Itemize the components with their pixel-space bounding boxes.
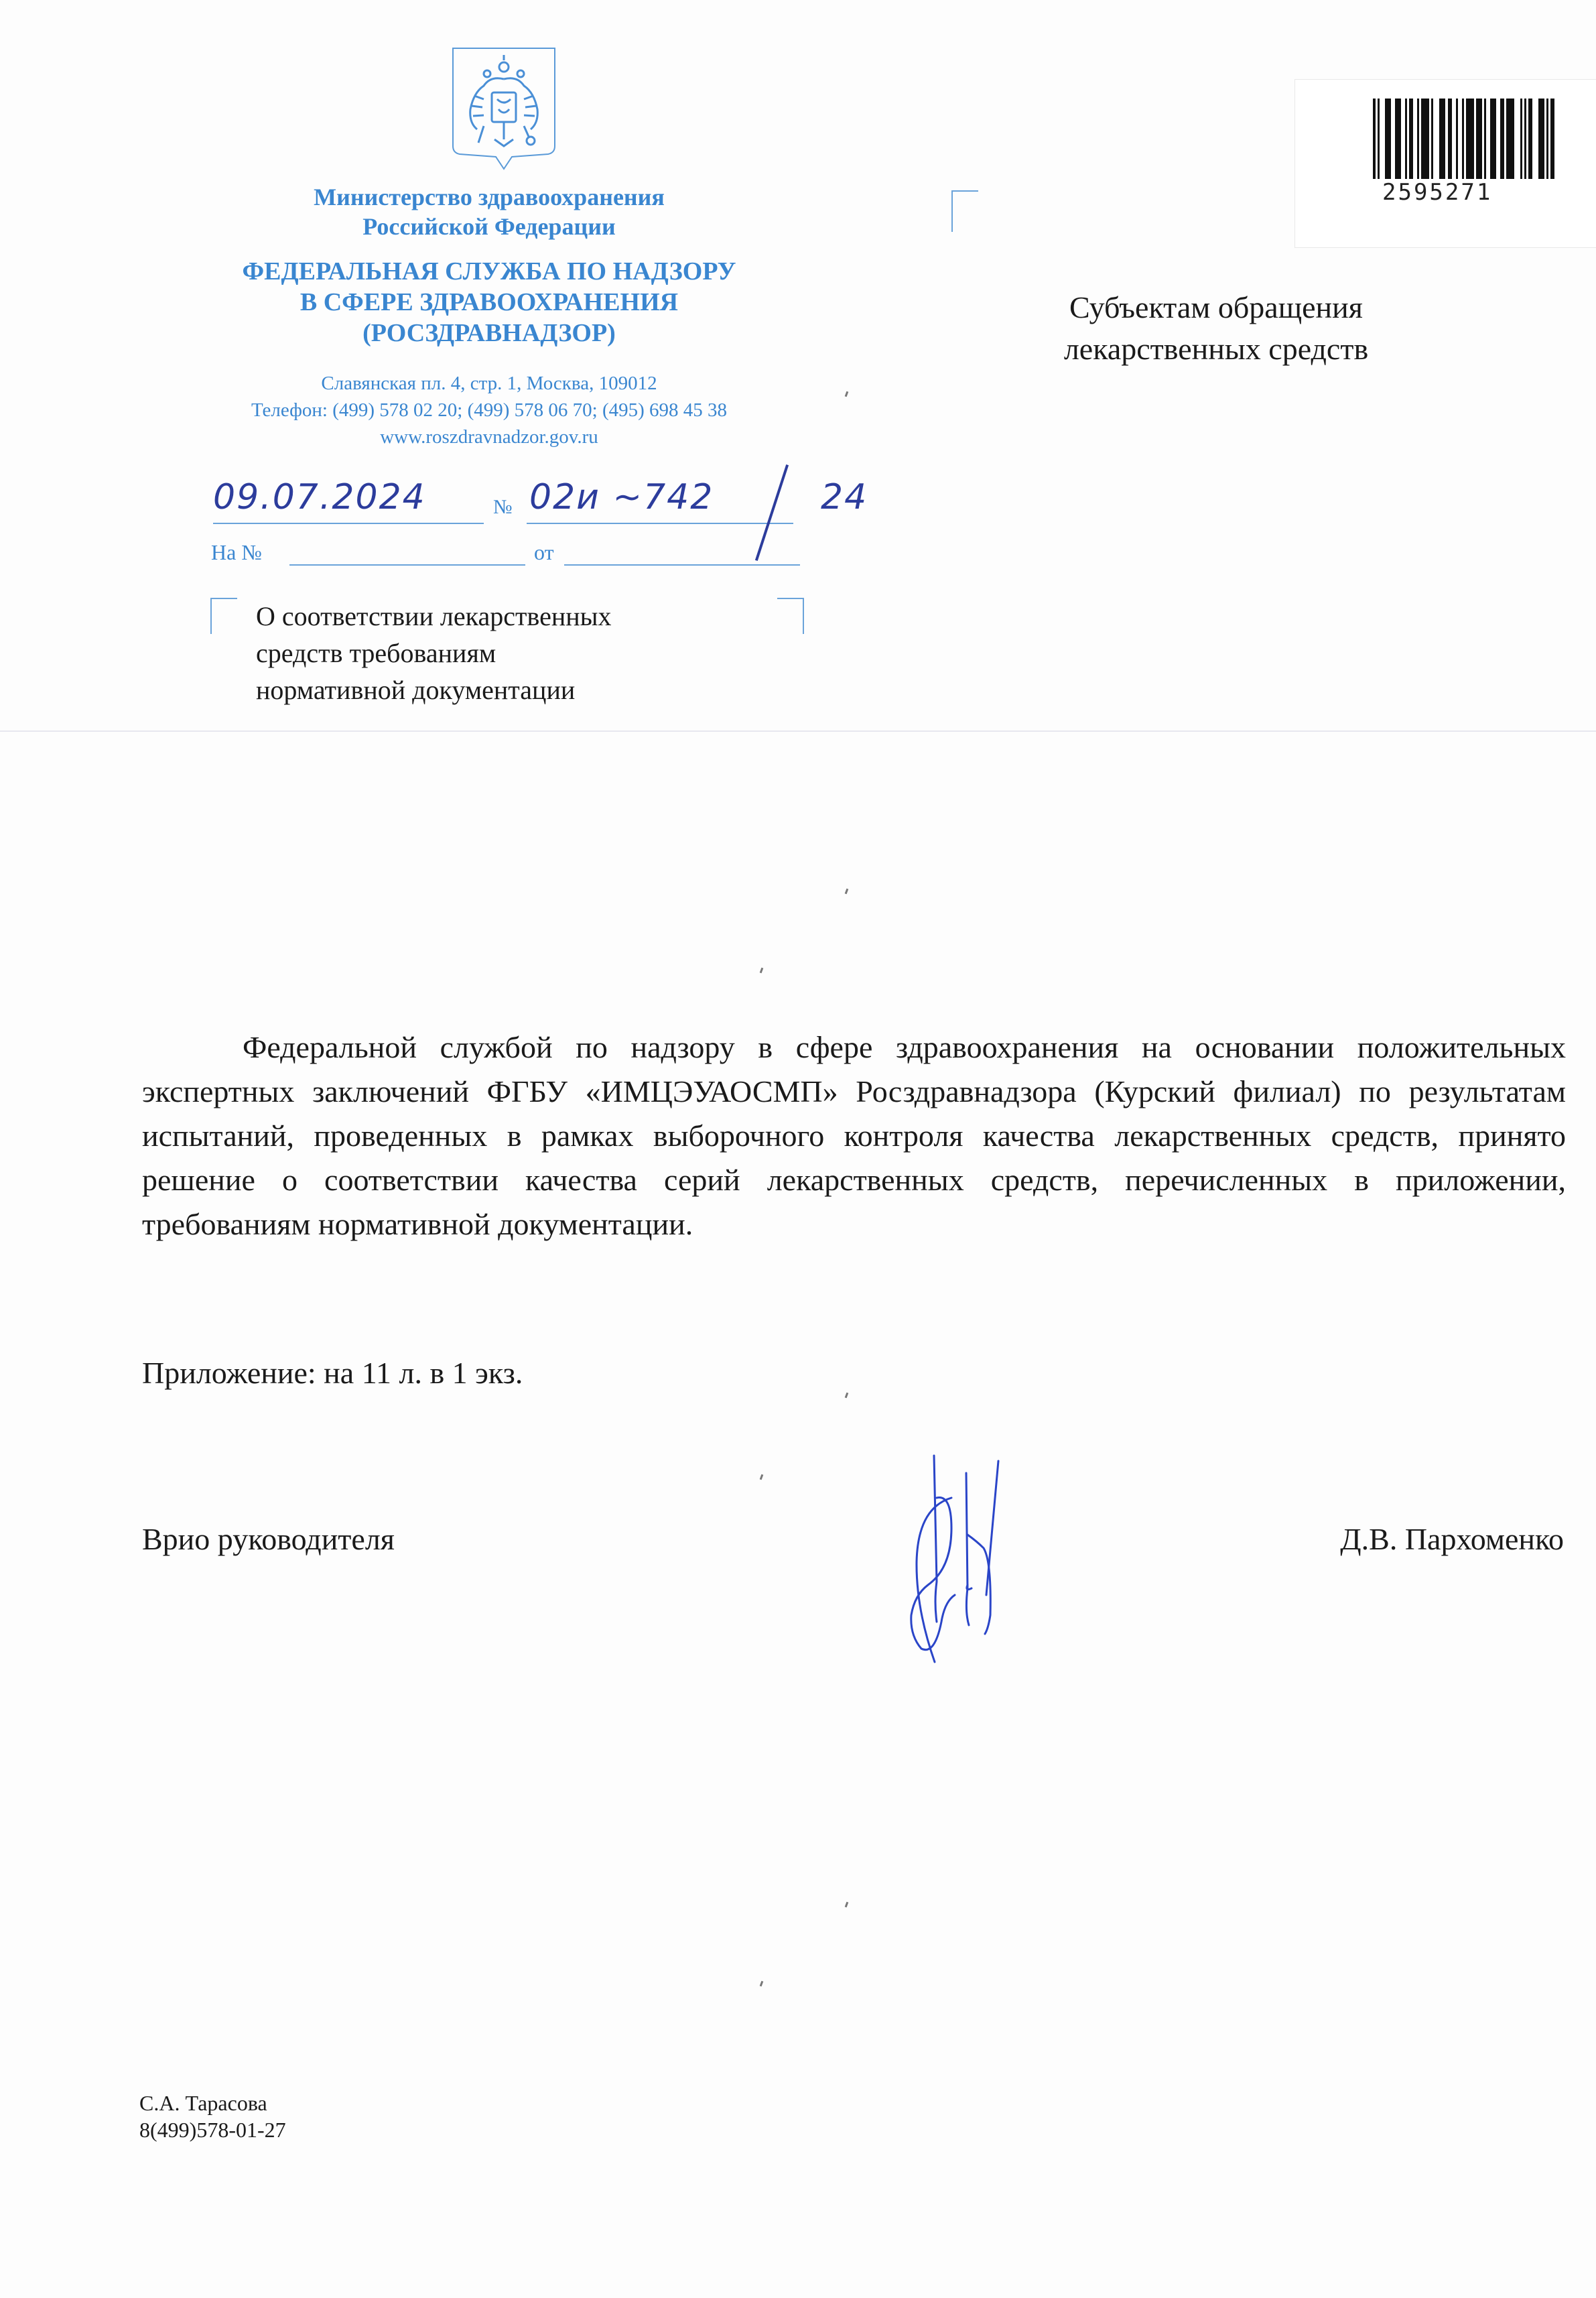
recipient: Субъектам обращения лекарственных средст… bbox=[1018, 287, 1414, 370]
registration-number: 02и ~742 bbox=[529, 477, 714, 517]
body-paragraph: Федеральной службой по надзору в сфере з… bbox=[142, 1025, 1566, 1247]
agency-contacts: Славянская пл. 4, стр. 1, Москва, 109012… bbox=[168, 370, 811, 450]
agency-phone: Телефон: (499) 578 02 20; (499) 578 06 7… bbox=[168, 397, 811, 424]
coat-of-arms-icon bbox=[450, 46, 557, 173]
ministry-line: Российской Федерации bbox=[201, 212, 777, 241]
signatory-role: Врио руководителя bbox=[142, 1521, 395, 1557]
subject-line: средств требованиям bbox=[256, 635, 612, 672]
barcode-number: 2595271 bbox=[1382, 179, 1492, 206]
executor-info: С.А. Тарасова 8(499)578-01-27 bbox=[139, 2090, 286, 2143]
fold-line bbox=[0, 730, 1596, 732]
recipient-corner bbox=[951, 190, 978, 232]
agency-address: Славянская пл. 4, стр. 1, Москва, 109012 bbox=[168, 370, 811, 397]
registration-date: 09.07.2024 bbox=[213, 477, 426, 517]
scan-speck bbox=[760, 1981, 764, 1987]
number-sign: № bbox=[493, 496, 513, 519]
scan-speck bbox=[845, 391, 849, 397]
subject-line: О соответствии лекарственных bbox=[256, 598, 612, 635]
recipient-line: Субъектам обращения bbox=[1018, 287, 1414, 328]
attachment-note: Приложение: на 11 л. в 1 экз. bbox=[142, 1355, 523, 1391]
scan-speck bbox=[845, 1902, 849, 1908]
recipient-line: лекарственных средств bbox=[1018, 328, 1414, 370]
subject-line: нормативной документации bbox=[256, 672, 612, 708]
agency-line: (РОСЗДРАВНАДЗОР) bbox=[168, 318, 811, 348]
scan-speck bbox=[845, 889, 849, 895]
in-reply-number-field[interactable] bbox=[289, 564, 525, 566]
handwritten-signature-icon bbox=[898, 1448, 1099, 1669]
barcode-icon bbox=[1373, 99, 1571, 179]
in-reply-label: На № bbox=[211, 540, 262, 565]
subject: О соответствии лекарственных средств тре… bbox=[256, 598, 612, 708]
agency-website: www.roszdravnadzor.gov.ru bbox=[168, 424, 811, 450]
barcode-label: 2595271 bbox=[1294, 79, 1596, 248]
agency-line: В СФЕРЕ ЗДРАВООХРАНЕНИЯ bbox=[168, 287, 811, 318]
executor-phone: 8(499)578-01-27 bbox=[139, 2116, 286, 2143]
scan-speck bbox=[760, 1474, 764, 1480]
subject-corner-right bbox=[777, 598, 804, 634]
executor-name: С.А. Тарасова bbox=[139, 2090, 286, 2116]
from-label: от bbox=[534, 540, 554, 565]
registration-number-year: 24 bbox=[821, 477, 868, 517]
signatory-name: Д.В. Пархоменко bbox=[1340, 1521, 1564, 1557]
ministry-line: Министерство здравоохранения bbox=[201, 182, 777, 212]
scan-speck bbox=[760, 968, 764, 974]
scan-speck bbox=[845, 1393, 849, 1399]
in-reply-date-field[interactable] bbox=[564, 564, 800, 566]
agency-name: ФЕДЕРАЛЬНАЯ СЛУЖБА ПО НАДЗОРУ В СФЕРЕ ЗД… bbox=[168, 256, 811, 348]
subject-corner-left bbox=[210, 598, 237, 634]
agency-line: ФЕДЕРАЛЬНАЯ СЛУЖБА ПО НАДЗОРУ bbox=[168, 256, 811, 287]
ministry-name: Министерство здравоохранения Российской … bbox=[201, 182, 777, 241]
